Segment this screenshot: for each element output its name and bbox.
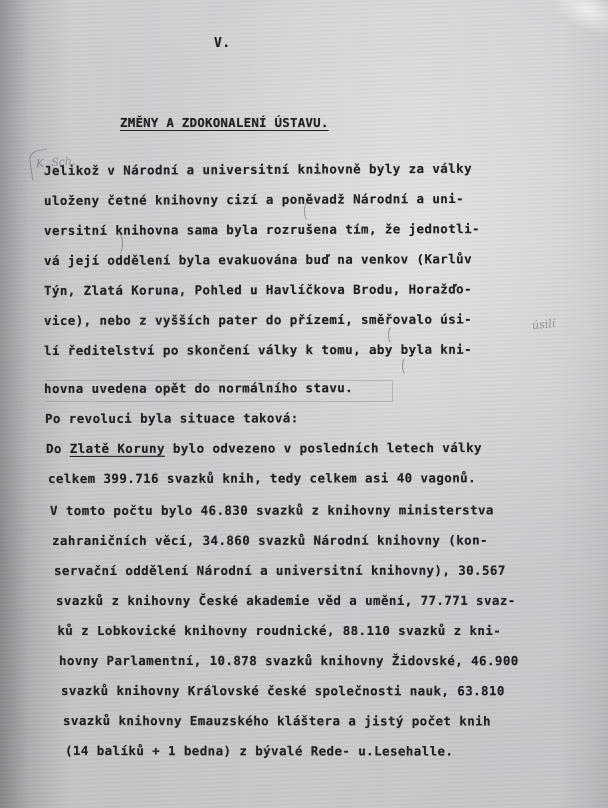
body-line: hovna uvedena opět do normálního stavu. [44, 380, 353, 396]
chapter-heading: ZMĚNY A ZDOKONALENÍ ÚSTAVU. [120, 115, 329, 130]
paper-glare [543, 0, 608, 45]
body-line: servační oddělení Národní a universitní … [54, 563, 506, 578]
body-line: celkem 399.716 svazků knih, tedy celkem … [48, 470, 476, 486]
pencil-paren-mark [402, 356, 413, 376]
body-line: lí ředitelství po skončení války k tomu,… [44, 342, 472, 358]
body-line: (14 balíků + 1 bedna) z bývalé Rede- u.L… [65, 743, 453, 759]
body-line: versitní knihovna sama byla rozrušena tí… [44, 221, 480, 238]
body-line: svazků z knihovny České akademie věd a u… [56, 593, 516, 608]
body-line: ků z Lobkovické knihovny roudnické, 88.1… [57, 623, 501, 638]
body-line: svazků knihovny Královské české společno… [61, 683, 505, 698]
body-line: zahraničních věcí, 34.860 svazků Národní… [52, 533, 488, 548]
handwritten-note-right-margin: úsilí [531, 317, 556, 332]
body-line: Jelikož v Národní a universitní knihovně… [44, 161, 472, 178]
body-line: svazků knihovny Emauzského kláštera a ji… [63, 713, 491, 728]
body-line: vice), nebo z vyšších pater do přízemí, … [44, 312, 472, 328]
underlined-place-name: Zlatě Koruny [70, 441, 165, 456]
body-line-with-underline: Do Zlatě Koruny bylo odvezeno v poslední… [46, 440, 482, 456]
body-line: V tomto počtu bylo 46.830 svazků z kniho… [50, 502, 494, 518]
body-line: Po revoluci byla situace taková: [45, 410, 299, 426]
scanned-page: V. ZMĚNY A ZDOKONALENÍ ÚSTAVU. K. Sch. ú… [0, 0, 608, 808]
line-prefix: Do [46, 441, 70, 456]
line-suffix: bylo odvezeno v posledních letech války [165, 440, 482, 456]
body-line: vá její oddělení byla evakuována buď na … [44, 251, 472, 268]
chapter-number: V. [214, 36, 230, 51]
body-line: Týn, Zlatá Koruna, Pohled u Havlíčkova B… [44, 281, 472, 298]
body-line: uloženy četné knihovny cizí a poněvadž N… [44, 191, 464, 208]
body-line: hovny Parlamentní, 10.878 svazků knihovn… [59, 653, 519, 668]
